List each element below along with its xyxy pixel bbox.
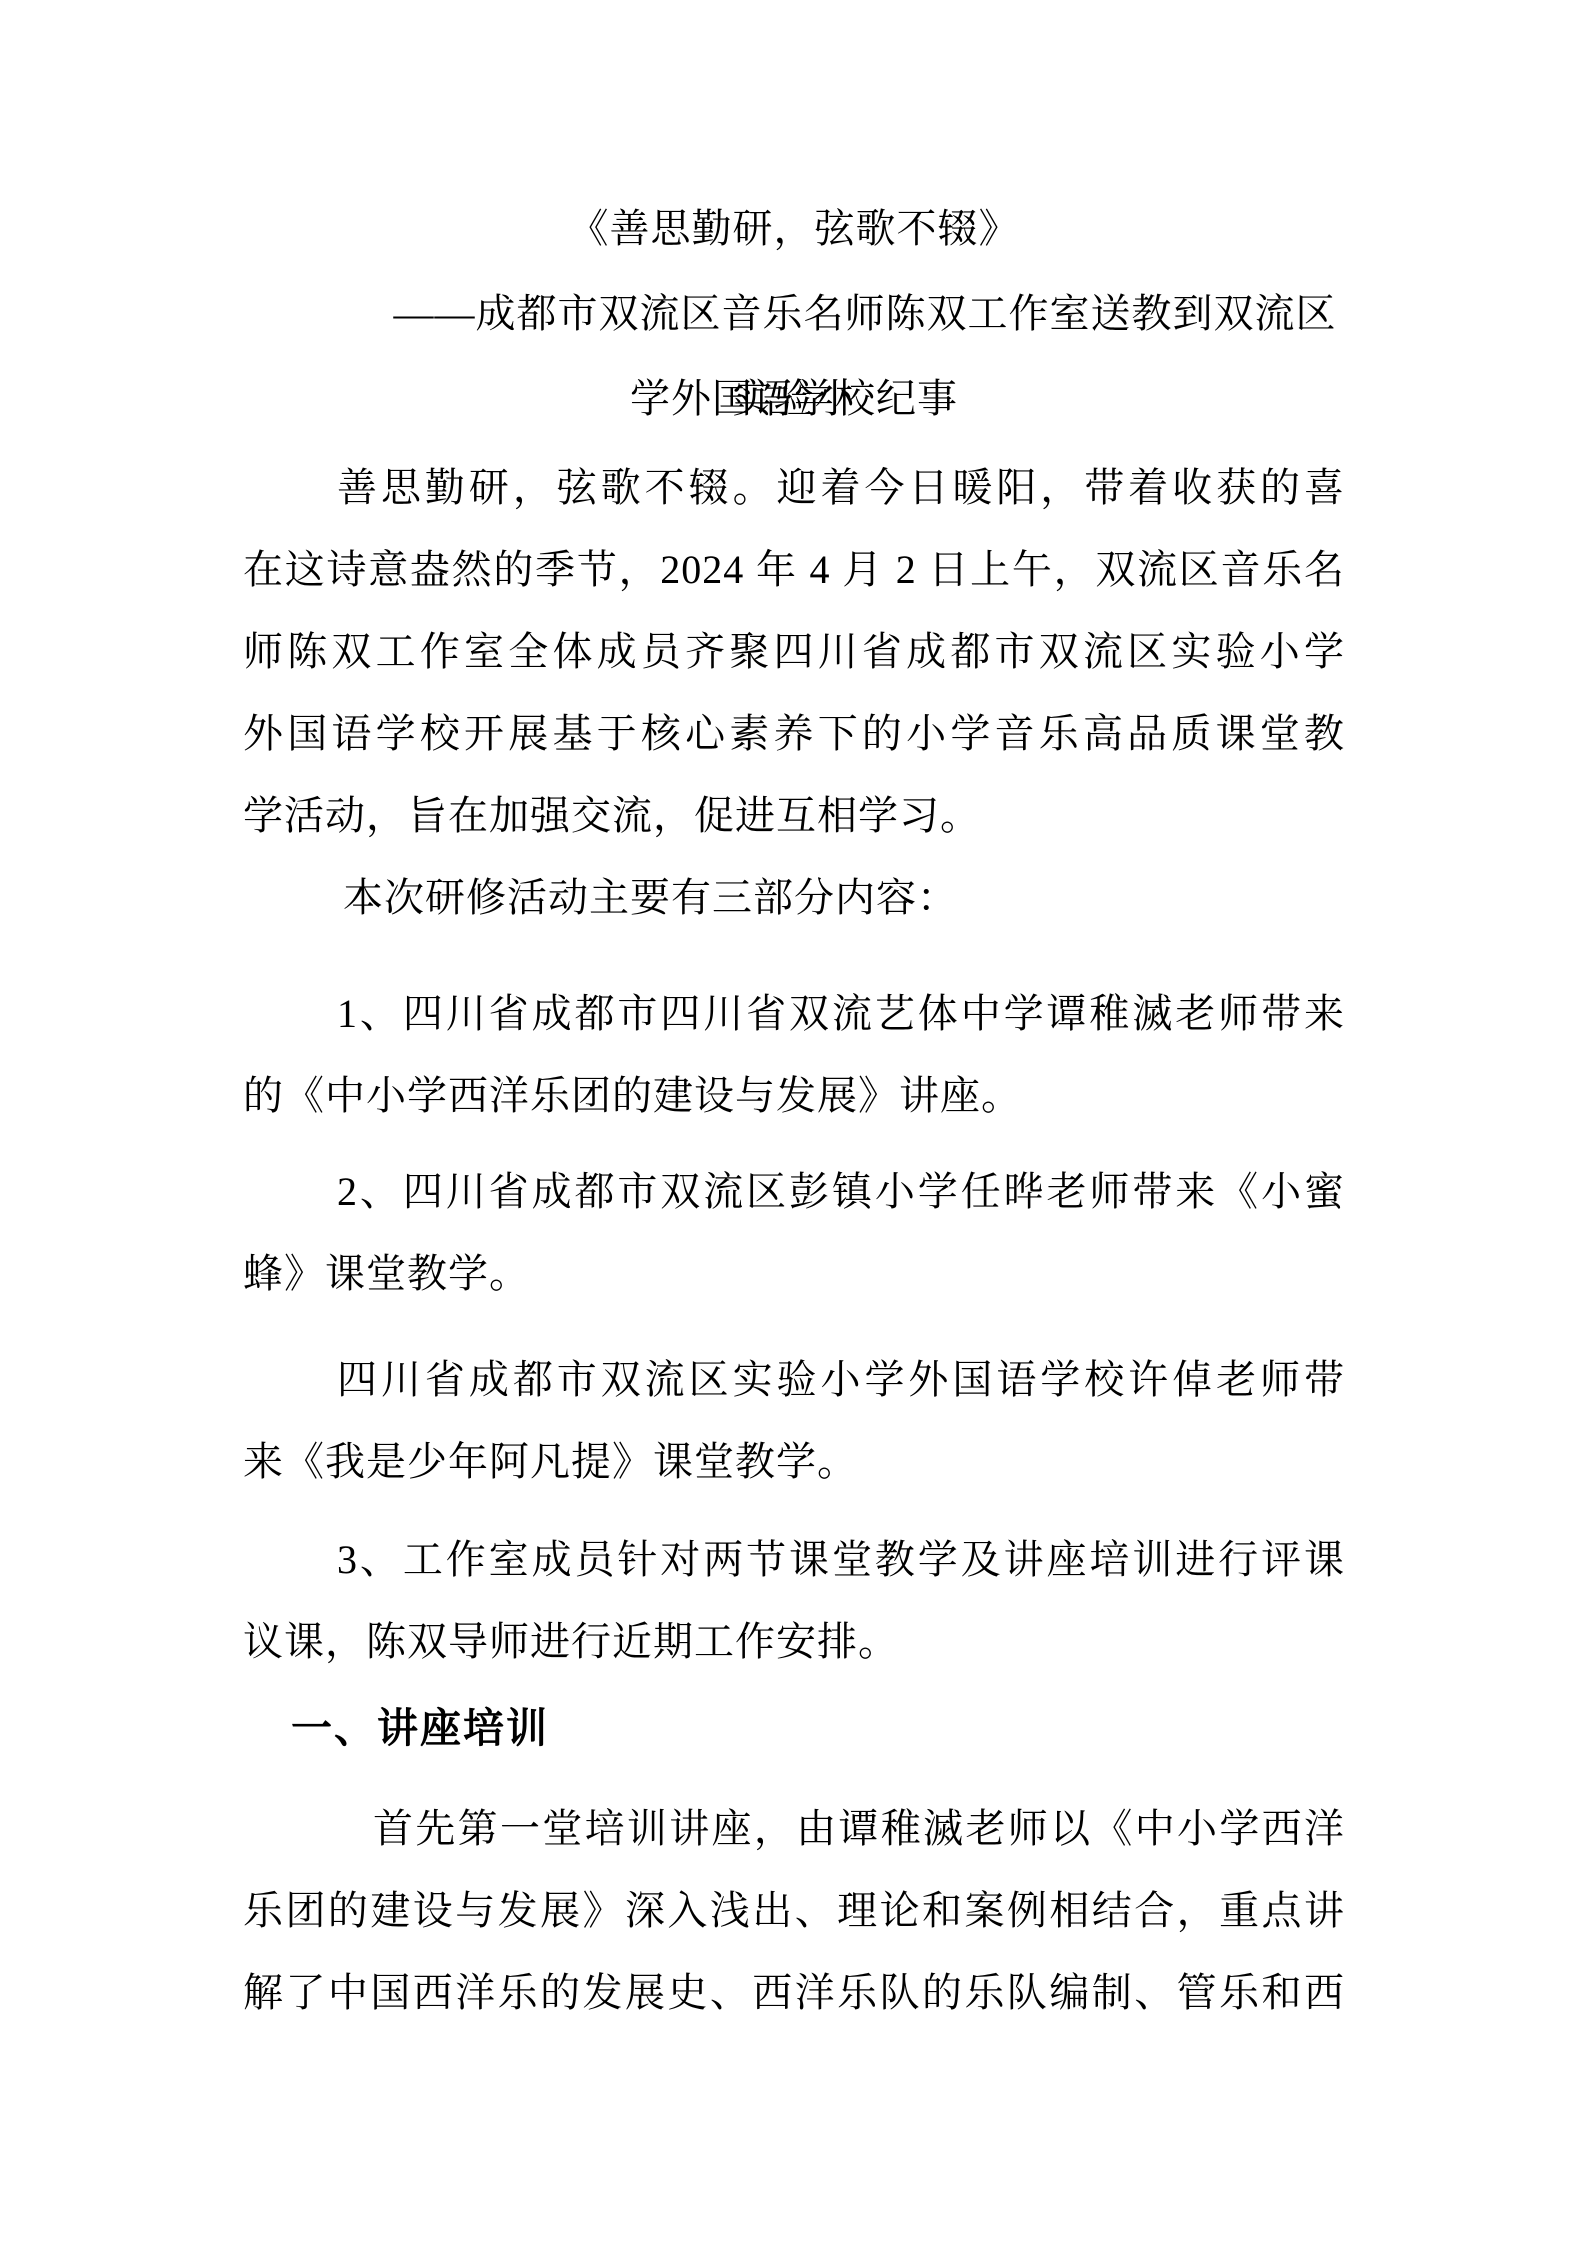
text-line: 议课，陈双导师进行近期工作安排。	[243, 1601, 1345, 1683]
text-line: 在这诗意盎然的季节，2024 年 4 月 2 日上午，双流区音乐名	[243, 529, 1345, 611]
paragraph-item-3: 3、工作室成员针对两节课堂教学及讲座培训进行评课 议课，陈双导师进行近期工作安排…	[243, 1519, 1345, 1683]
doc-subtitle-line-2: 学外国语学校纪事	[243, 356, 1345, 441]
text-line: 的《中小学西洋乐团的建设与发展》讲座。	[243, 1055, 1345, 1137]
paragraph-lecture-detail: 首先第一堂培训讲座，由谭稚滅老师以《中小学西洋 乐团的建设与发展》深入浅出、理论…	[243, 1788, 1345, 2034]
paragraph-item-2: 2、四川省成都市双流区彭镇小学任晔老师带来《小蜜 蜂》课堂教学。	[243, 1151, 1345, 1315]
document-page: 《善思勤研，弦歌不辍》 ——成都市双流区音乐名师陈双工作室送教到双流区实验小 学…	[0, 0, 1587, 2245]
text-line: 善思勤研，弦歌不辍。迎着今日暖阳，带着收获的喜悦，	[243, 447, 1345, 529]
doc-title: 《善思勤研，弦歌不辍》	[243, 186, 1345, 271]
paragraph-intro: 善思勤研，弦歌不辍。迎着今日暖阳，带着收获的喜悦， 在这诗意盎然的季节，2024…	[243, 447, 1345, 857]
text-line: 四川省成都市双流区实验小学外国语学校许倬老师带	[243, 1339, 1345, 1421]
text-line: 学活动，旨在加强交流，促进互相学习。	[243, 775, 1345, 857]
text-line: 蜂》课堂教学。	[243, 1233, 1345, 1315]
text-line: 3、工作室成员针对两节课堂教学及讲座培训进行评课	[243, 1519, 1345, 1601]
text-line: 外国语学校开展基于核心素养下的小学音乐高品质课堂教	[243, 693, 1345, 775]
text-line: 师陈双工作室全体成员齐聚四川省成都市双流区实验小学	[243, 611, 1345, 693]
paragraph-item-2b: 四川省成都市双流区实验小学外国语学校许倬老师带 来《我是少年阿凡提》课堂教学。	[243, 1339, 1345, 1503]
text-line: 乐团的建设与发展》深入浅出、理论和案例相结合，重点讲	[243, 1870, 1345, 1952]
doc-subtitle-line-1: ——成都市双流区音乐名师陈双工作室送教到双流区实验小	[243, 271, 1345, 356]
paragraph-item-1: 1、四川省成都市四川省双流艺体中学谭稚滅老师带来 的《中小学西洋乐团的建设与发展…	[243, 973, 1345, 1137]
section-heading-lecture-training: 一、讲座培训	[243, 1687, 1345, 1769]
paragraph-overview: 本次研修活动主要有三部分内容：	[243, 857, 1345, 939]
text-line: 本次研修活动主要有三部分内容：	[243, 857, 1345, 939]
text-line: 1、四川省成都市四川省双流艺体中学谭稚滅老师带来	[243, 973, 1345, 1055]
text-block: 《善思勤研，弦歌不辍》 ——成都市双流区音乐名师陈双工作室送教到双流区实验小 学…	[243, 186, 1345, 2034]
text-line: 2、四川省成都市双流区彭镇小学任晔老师带来《小蜜	[243, 1151, 1345, 1233]
text-line: 解了中国西洋乐的发展史、西洋乐队的乐队编制、管乐和西	[243, 1952, 1345, 2034]
text-line: 来《我是少年阿凡提》课堂教学。	[243, 1421, 1345, 1503]
text-line: 首先第一堂培训讲座，由谭稚滅老师以《中小学西洋	[243, 1788, 1345, 1870]
